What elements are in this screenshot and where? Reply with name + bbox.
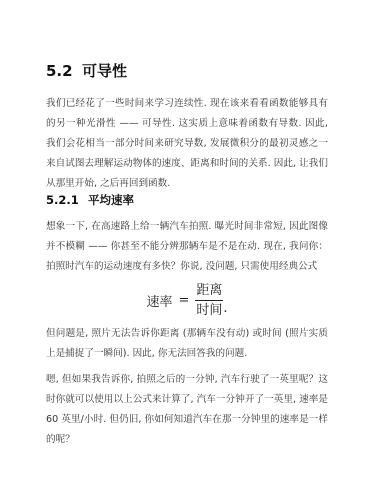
subsection-heading: 5.2.1平均速率 (46, 192, 134, 208)
section-number: 5.2 (46, 62, 82, 80)
formula-equals: = (178, 293, 189, 308)
section-intro-paragraph: 我们已经花了一些时间来学习连续性. 现在该来看看函数能够具有的另一种光滑性 ——… (46, 94, 328, 194)
paragraph-photo-problem: 但问题是, 照片无法告诉你距离 (那辆车没有动) 或时间 (照片实质上是捕捉了一… (46, 324, 328, 364)
section-title: 可导性 (82, 62, 127, 80)
formula-lhs: 速率 (146, 295, 172, 310)
formula-denominator: 时间 (195, 301, 223, 319)
formula-numerator: 距离 (195, 282, 223, 301)
speed-formula: 速率=距离时间. (46, 282, 328, 319)
paragraph-photo-car: 想象一下, 在高速路上给一辆汽车拍照. 曝光时间非常短, 因此图像并不模糊 ——… (46, 217, 328, 277)
subsection-number: 5.2.1 (46, 193, 88, 207)
paragraph-one-minute: 嗯, 但如果我告诉你, 拍照之后的一分钟, 汽车行驶了一英里呢？这时你就可以使用… (46, 370, 328, 450)
subsection-title: 平均速率 (88, 193, 134, 207)
formula-fraction: 距离时间 (195, 282, 223, 319)
formula-period: . (223, 301, 227, 316)
section-heading: 5.2可导性 (46, 60, 127, 81)
